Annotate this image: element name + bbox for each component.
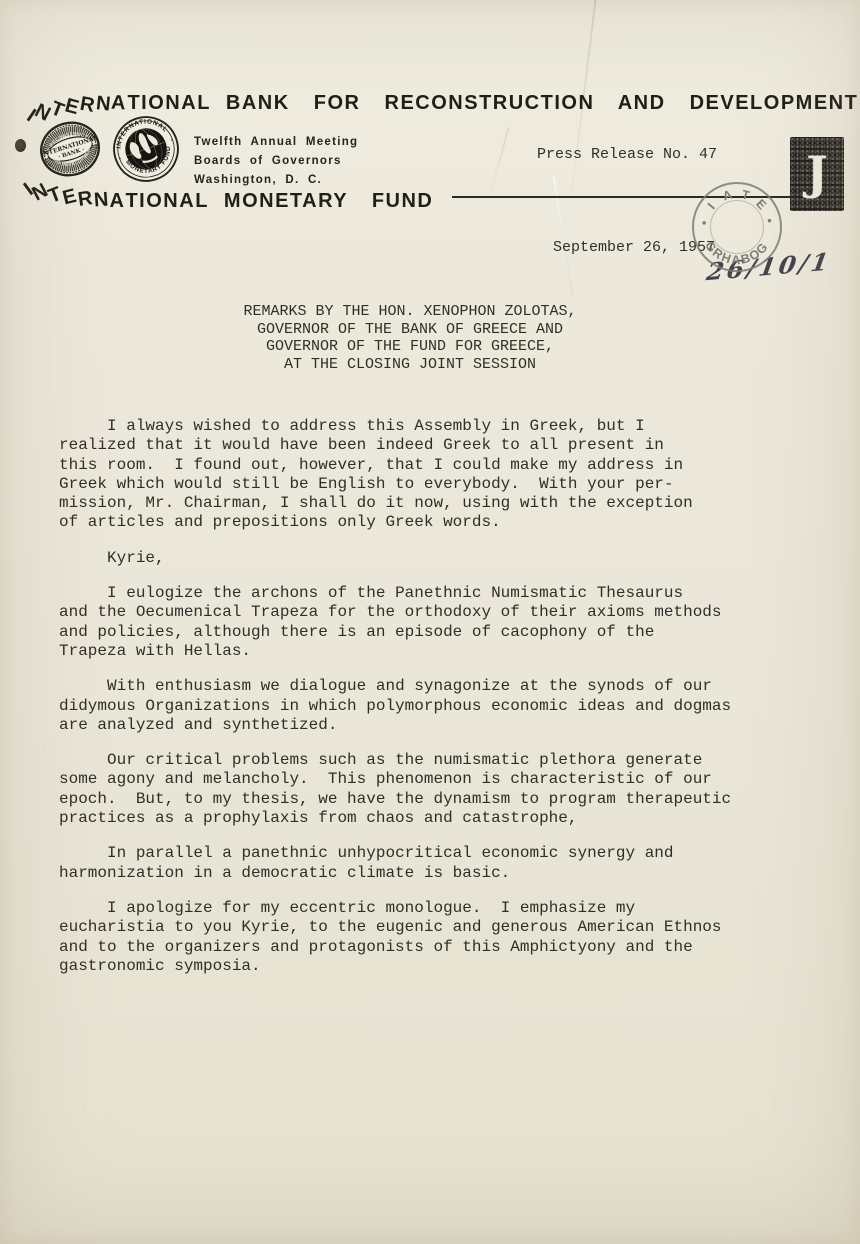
ink-dot [15, 139, 26, 152]
meeting-block: Twelfth Annual Meeting Boards of Governo… [194, 133, 358, 190]
letterhead-line1-arc-word: INTERNATIONAL [28, 92, 211, 114]
meeting-line3: Washington, D. C. [194, 171, 358, 190]
paragraph-3: With enthusiasm we dialogue and synagoni… [59, 677, 759, 735]
meeting-line2: Boards of Governors [194, 152, 358, 171]
stamp-bottom-ring-text: GRHABOG [694, 184, 780, 270]
paragraph-2: I eulogize the archons of the Panethnic … [59, 584, 759, 661]
speech-body: I always wished to address this Assembly… [59, 417, 759, 976]
paper-crease [488, 127, 509, 199]
j-stamp-letter: J [806, 146, 828, 200]
letterhead-line1-rest: BANK FOR RECONSTRUCTION AND DEVELOPMENT [226, 92, 858, 114]
paragraph-5: In parallel a panethnic unhypocritical e… [59, 844, 759, 883]
press-release-number: Press Release No. 47 [537, 146, 717, 163]
paragraph-4: Our critical problems such as the numism… [59, 751, 759, 828]
letterhead-line2-arc-word: INTERNATIONAL [26, 190, 209, 212]
imf-seal-icon: INTERNATIONAL MONETARY FUND · · [102, 105, 189, 192]
paragraph-1: I always wished to address this Assembly… [59, 417, 759, 533]
archive-round-stamp: •IATE• GRHABOG [692, 182, 782, 272]
letterhead-line2-rest: MONETARY FUND [224, 190, 433, 212]
paragraph-6: I apologize for my eccentric monologue. … [59, 899, 759, 976]
title-block: REMARKS BY THE HON. XENOPHON ZOLOTAS, GO… [170, 303, 650, 373]
date-line: September 26, 1957 [553, 239, 715, 256]
paper-crease [553, 176, 574, 295]
paragraph-salutation: Kyrie, [59, 549, 759, 568]
document-page: INTERNATIONALBANK FOR RECONSTRUCTION AND… [0, 0, 860, 1244]
j-stamp: J [790, 137, 844, 211]
letterhead-line2: INTERNATIONALMONETARY FUND [26, 190, 433, 213]
meeting-line1: Twelfth Annual Meeting [194, 133, 358, 152]
